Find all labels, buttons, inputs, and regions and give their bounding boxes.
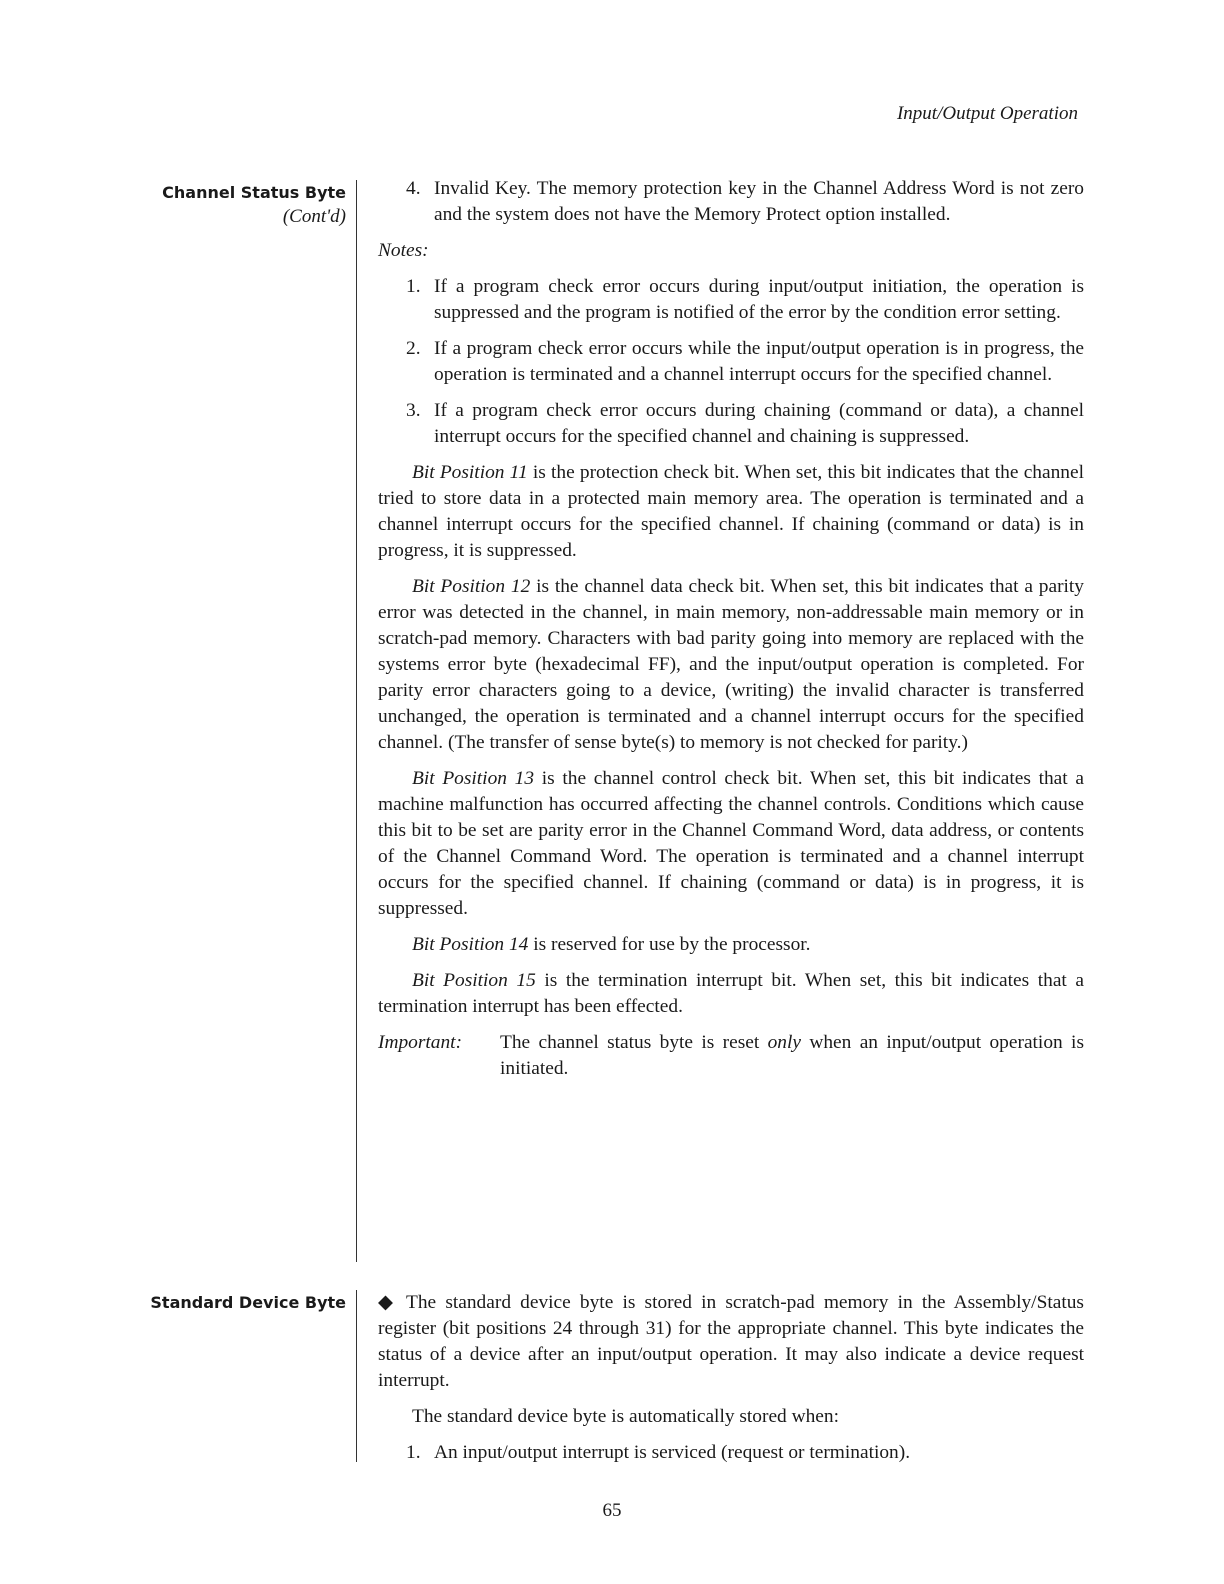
heading-text: Channel Status Byte [162, 183, 346, 202]
important-note: Important: The channel status byte is re… [378, 1030, 1084, 1082]
notes-list: 1.If a program check error occurs during… [378, 274, 1084, 450]
side-heading-standard-device: Standard Device Byte [140, 1293, 346, 1312]
list-item: 4.Invalid Key. The memory protection key… [378, 176, 1084, 228]
bit-paragraph: Bit Position 11 is the protection check … [378, 460, 1084, 564]
vertical-rule [356, 180, 357, 1262]
diamond-bullet-icon: ◆ [378, 1292, 397, 1313]
note-item: 2.If a program check error occurs while … [378, 336, 1084, 388]
note-item: 3.If a program check error occurs during… [378, 398, 1084, 450]
note-item: 1.If a program check error occurs during… [378, 274, 1084, 326]
channel-status-body: 4.Invalid Key. The memory protection key… [378, 176, 1084, 1082]
item-list: 4.Invalid Key. The memory protection key… [378, 176, 1084, 228]
important-label: Important: [378, 1030, 500, 1082]
vertical-rule [356, 1290, 357, 1462]
page-number: 65 [0, 1500, 1224, 1522]
paragraph: The standard device byte is automaticall… [378, 1404, 1084, 1430]
bit-paragraph: Bit Position 12 is the channel data chec… [378, 574, 1084, 756]
standard-device-body: ◆ The standard device byte is stored in … [378, 1290, 1084, 1476]
contd-label: (Cont'd) [140, 206, 346, 228]
running-head: Input/Output Operation [897, 103, 1078, 125]
item-list: 1.An input/output interrupt is serviced … [378, 1440, 1084, 1466]
bit-paragraph: Bit Position 15 is the termination inter… [378, 968, 1084, 1020]
intro-paragraph: ◆ The standard device byte is stored in … [378, 1290, 1084, 1394]
list-item: 1.An input/output interrupt is serviced … [378, 1440, 1084, 1466]
bit-paragraph: Bit Position 13 is the channel control c… [378, 766, 1084, 922]
bit-paragraph: Bit Position 14 is reserved for use by t… [378, 932, 1084, 958]
side-heading-channel-status: Channel Status Byte (Cont'd) [140, 183, 346, 228]
notes-label: Notes: [378, 238, 1084, 264]
important-text: The channel status byte is reset only wh… [500, 1030, 1084, 1082]
heading-text: Standard Device Byte [150, 1293, 346, 1312]
